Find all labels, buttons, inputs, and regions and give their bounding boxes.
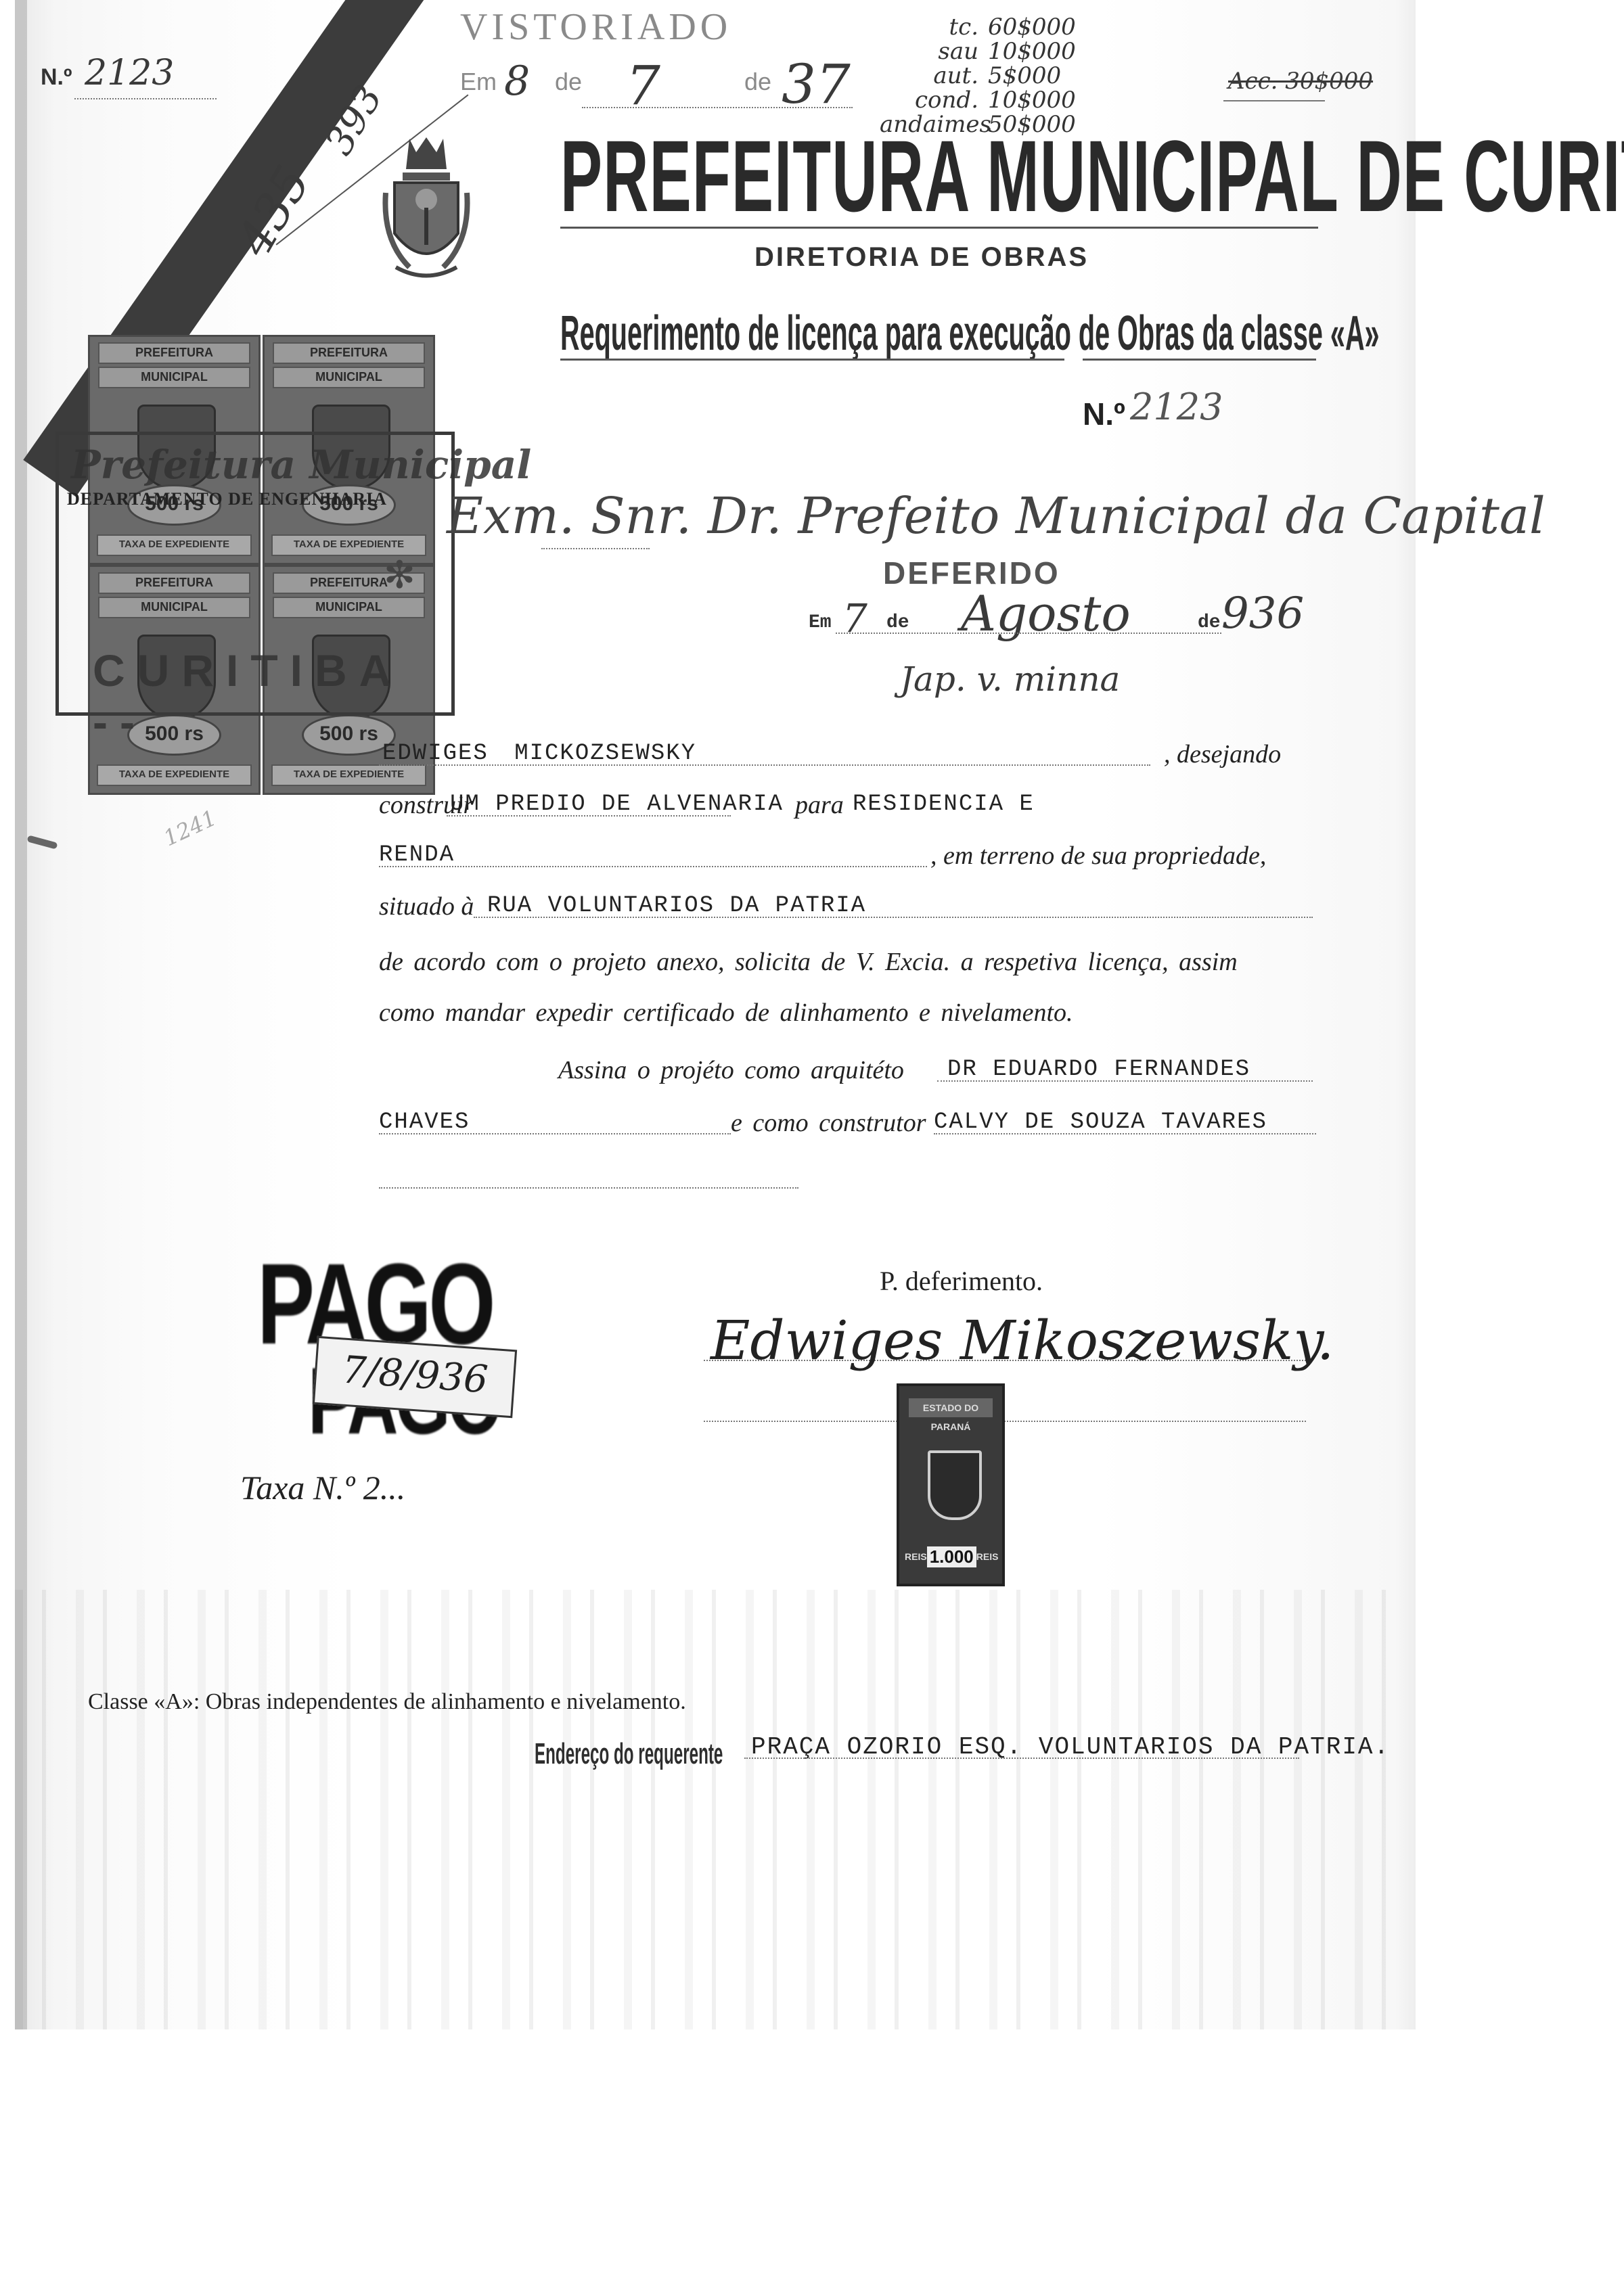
architect-line1: DR EDUARDO FERNANDES xyxy=(947,1057,1250,1082)
applicant-name: EDWIGES MICKOZSEWSKY xyxy=(382,741,696,766)
signature-line-2 xyxy=(704,1421,1306,1422)
blank-line xyxy=(379,1187,798,1189)
terreno-text: , em terreno de sua propriedade, xyxy=(930,841,1266,871)
para-label: para xyxy=(795,790,844,820)
address-value: PRAÇA OZORIO ESQ. VOLUNTARIOS DA PATRIA. xyxy=(751,1733,1390,1761)
tax-stamp-header: PREFEITURA xyxy=(98,342,250,364)
title-rule xyxy=(560,227,1318,229)
fee-value: 60$000 xyxy=(988,15,1110,39)
dept-stamp-line3: CURITIBA -- xyxy=(93,645,451,748)
inspection-de1-label: de xyxy=(555,68,582,96)
institution-title: PREFEITURA MUNICIPAL DE CURITIBA xyxy=(560,125,1624,227)
coat-of-arms-icon xyxy=(382,132,470,288)
inspection-date-line xyxy=(582,107,853,108)
fee-list: tc.60$000 sau10$000 aut.5$000 cond.10$00… xyxy=(880,15,1110,137)
approval-em-label: Em xyxy=(809,612,832,633)
department-stamp: Prefeitura Municipal DEPARTAMENTO DE ENG… xyxy=(55,432,455,716)
address-line xyxy=(744,1758,1299,1759)
paragraph-1: de acordo com o projeto anexo, solicita … xyxy=(379,947,1238,977)
asterisk-ornament-icon: ✻ xyxy=(384,553,415,597)
construction-type: UM PREDIO DE ALVENARIA xyxy=(450,791,784,817)
form-title: Requerimento de licença para execução de… xyxy=(560,308,1380,359)
fee-value: 10$000 xyxy=(988,88,1110,112)
inspection-em-label: Em xyxy=(460,68,497,96)
class-note: Classe «A»: Obras independentes de alinh… xyxy=(88,1689,686,1715)
fee-value: 5$000 xyxy=(988,64,1110,88)
architect-line2: CHAVES xyxy=(379,1109,470,1135)
doc-number-value: 2123 xyxy=(85,53,174,93)
fee-label: cond. xyxy=(880,88,988,112)
form-number-label: N.º xyxy=(1083,396,1125,432)
paid-taxa: Taxa N.º 2... xyxy=(240,1468,405,1507)
approval-de-label: de xyxy=(886,612,909,633)
fee-struck: Acc. 30$000 xyxy=(1228,68,1373,95)
tax-stamp-header: MUNICIPAL xyxy=(273,367,425,388)
fee-struck-underline xyxy=(1223,100,1325,101)
form-number-value: 2123 xyxy=(1130,386,1223,428)
paid-date: 7/8/936 xyxy=(313,1336,517,1418)
seal-header: ESTADO DO PARANÁ xyxy=(909,1398,993,1417)
inspection-day: 8 xyxy=(504,58,530,105)
architect-line2-underline xyxy=(379,1133,731,1134)
approval-day: 7 xyxy=(842,595,867,641)
tax-stamp-header: PREFEITURA xyxy=(273,342,425,364)
salutation-line xyxy=(541,548,650,549)
seal-currency: REIS xyxy=(976,1551,999,1562)
purpose-line xyxy=(379,866,927,867)
architect-line xyxy=(937,1080,1313,1082)
inspection-de2-label: de xyxy=(744,68,771,96)
purpose-line2: RENDA xyxy=(379,842,455,868)
seal-currency: REIS xyxy=(905,1551,927,1562)
dept-stamp-line2: DEPARTAMENTO DE ENGENHARIA xyxy=(67,489,387,509)
location: RUA VOLUNTARIOS DA PATRIA xyxy=(487,893,866,919)
fee-label: sau xyxy=(880,39,988,64)
doc-number-label: N.º xyxy=(41,64,72,91)
approval-signature: Jap. v. minna xyxy=(900,660,1120,699)
department-name: DIRETORIA DE OBRAS xyxy=(754,242,1089,273)
paid-stamp: PAGO PAGO 7/8/936 Taxa N.º 2... xyxy=(257,1245,555,1475)
tax-stamp-header: MUNICIPAL xyxy=(98,367,250,388)
form-title-rule-2 xyxy=(1083,359,1316,361)
doc-number-line xyxy=(74,98,217,99)
approval-year-label: de xyxy=(1198,612,1221,633)
builder-line xyxy=(934,1133,1316,1134)
shield-icon xyxy=(928,1450,982,1520)
builder-name: CALVY DE SOUZA TAVARES xyxy=(934,1109,1267,1135)
fee-label: aut. xyxy=(880,64,988,88)
situado-label: situado à xyxy=(379,892,474,921)
location-line xyxy=(474,917,1313,918)
applicant-signature: Edwiges Mikoszewsky. xyxy=(710,1309,1334,1372)
state-revenue-seal: ESTADO DO PARANÁ REIS 1.000 REIS xyxy=(897,1383,1005,1586)
approval-date-line xyxy=(836,633,1221,634)
salutation: Exm. Snr. Dr. Prefeito Municipal da Capi… xyxy=(447,487,1546,545)
construtor-text: e como construtor xyxy=(731,1108,926,1138)
fee-label: tc. xyxy=(880,15,988,39)
approval-year: 936 xyxy=(1221,589,1304,639)
tax-stamp-footer: TAXA DE EXPEDIENTE xyxy=(271,764,426,786)
paragraph-2: como mandar expedir certificado de alinh… xyxy=(379,998,1073,1028)
tax-stamp-footer: TAXA DE EXPEDIENTE xyxy=(97,764,252,786)
purpose-line1: RESIDENCIA E xyxy=(853,791,1035,817)
seal-value-row: REIS 1.000 REIS xyxy=(905,1544,997,1569)
desejando-text: , desejando xyxy=(1164,739,1281,769)
dept-stamp-line1: Prefeitura Municipal xyxy=(71,442,531,488)
inspection-stamp: VISTORIADO xyxy=(460,5,731,49)
address-label: Endereço do requerente xyxy=(535,1737,723,1771)
paper-texture xyxy=(15,1590,1416,2029)
p-deferimento: P. deferimento. xyxy=(880,1265,1043,1297)
seal-value: 1.000 xyxy=(927,1546,976,1567)
assina-text: Assina o projéto como arquitéto xyxy=(558,1055,904,1085)
fee-value: 10$000 xyxy=(988,39,1110,64)
construction-line xyxy=(447,815,731,817)
form-title-rule xyxy=(560,359,1064,361)
